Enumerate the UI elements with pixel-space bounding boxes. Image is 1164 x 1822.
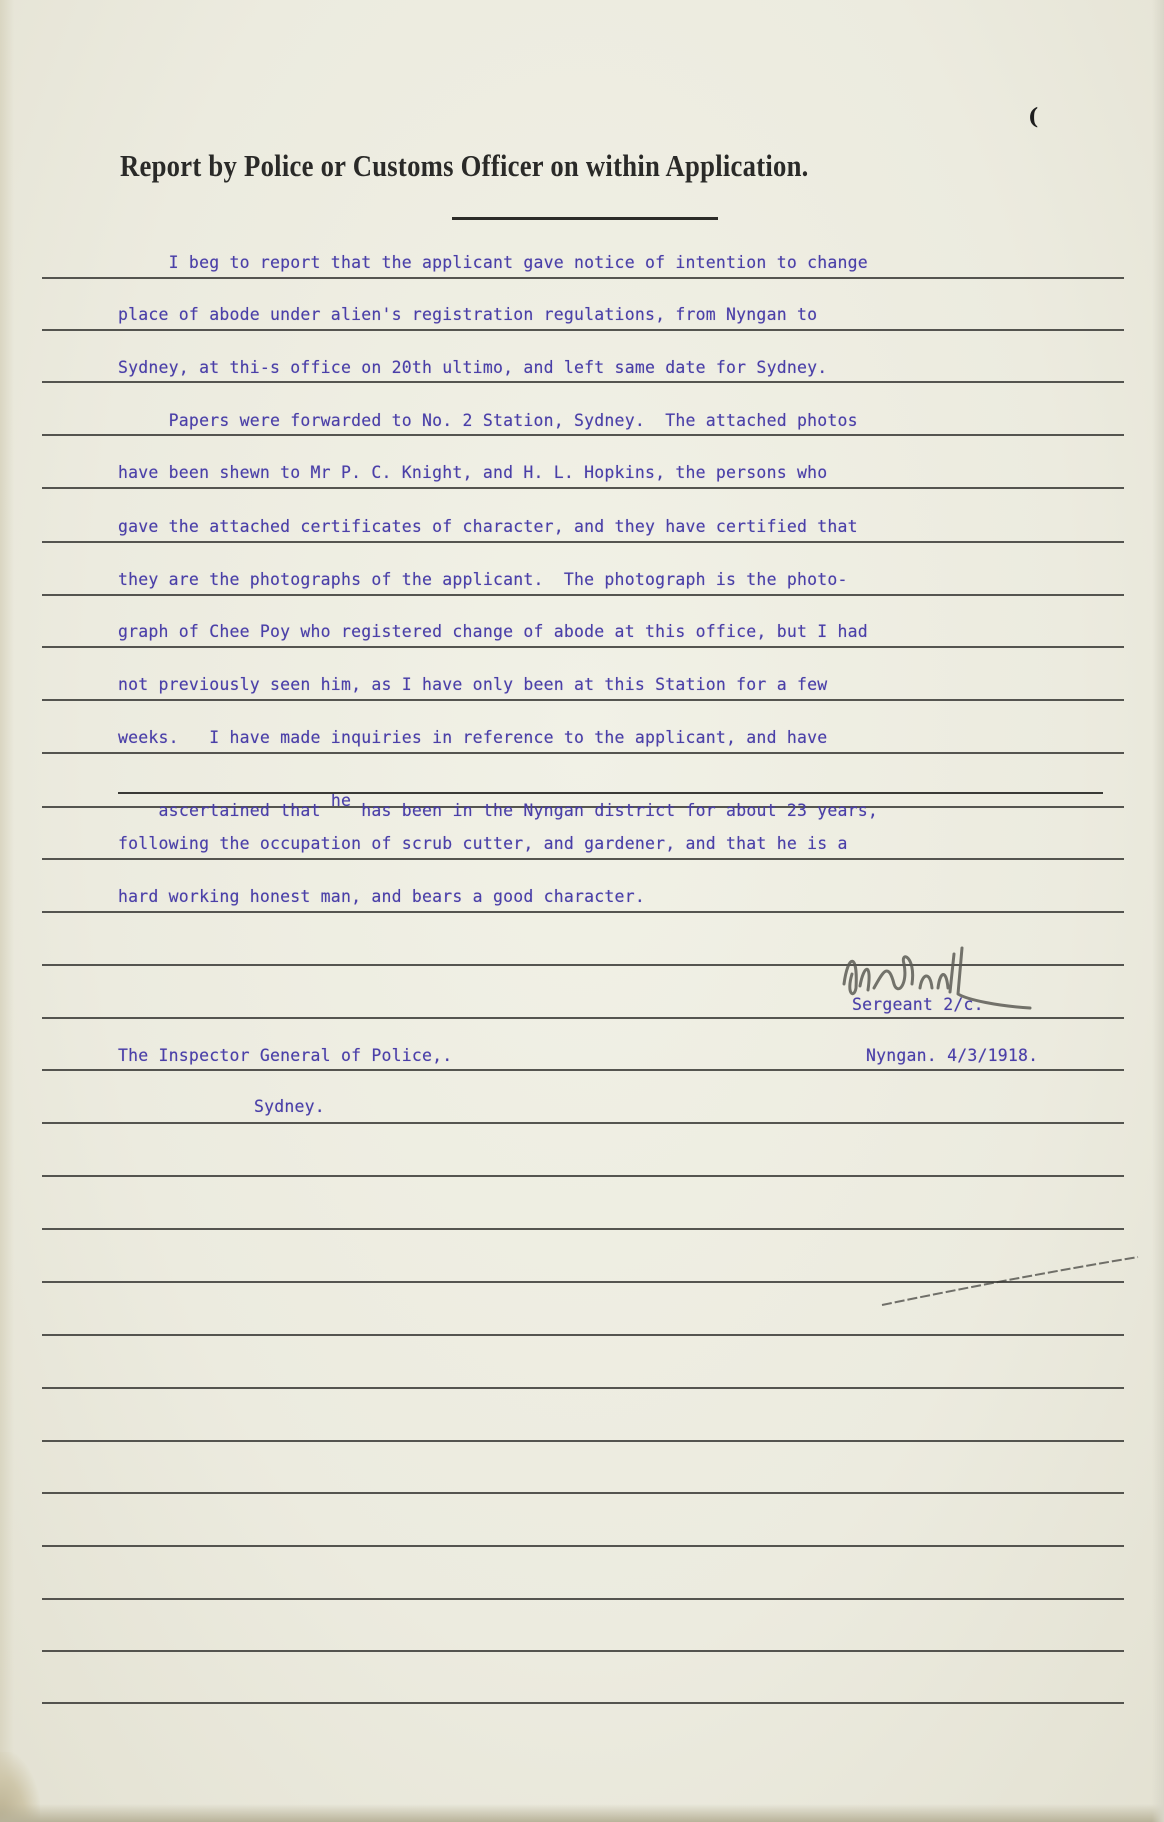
ruled-line	[42, 646, 1124, 648]
body-text: has been in the Nyngan district for abou…	[351, 801, 878, 820]
ruled-line	[42, 1702, 1124, 1704]
ruled-line	[42, 858, 1124, 860]
pen-mark-icon	[880, 1255, 1140, 1315]
document-page: ( Report by Police or Customs Officer on…	[0, 0, 1164, 1822]
ruled-line	[42, 1440, 1124, 1442]
ruled-line	[42, 911, 1124, 913]
ruled-line	[42, 1069, 1124, 1071]
body-line: not previously seen him, as I have only …	[118, 675, 827, 694]
signer-place-date: Nyngan. 4/3/1918.	[866, 1046, 1038, 1065]
addressee-line-2: Sydney.	[254, 1097, 325, 1116]
ruled-line	[42, 594, 1124, 596]
ruled-line	[42, 1017, 1124, 1019]
ruled-line	[42, 1122, 1124, 1124]
body-line: have been shewn to Mr P. C. Knight, and …	[118, 463, 827, 482]
body-line: following the occupation of scrub cutter…	[118, 834, 848, 853]
paper-edge	[0, 1804, 1164, 1822]
ruled-line	[42, 752, 1124, 754]
strikethrough-line	[118, 792, 1103, 794]
body-line: graph of Chee Poy who registered change …	[118, 622, 868, 641]
page-title: Report by Police or Customs Officer on w…	[120, 148, 911, 184]
body-line: place of abode under alien's registratio…	[118, 305, 817, 324]
addressee-line-1: The Inspector General of Police,.	[118, 1046, 452, 1065]
ruled-line	[42, 541, 1124, 543]
ruled-line	[42, 487, 1124, 489]
ruled-line	[42, 699, 1124, 701]
ruled-line	[42, 1175, 1124, 1177]
ruled-line	[42, 329, 1124, 331]
ruled-line	[42, 1650, 1124, 1652]
ruled-line	[42, 434, 1124, 436]
body-line: Sydney, at thi-s office on 20th ultimo, …	[118, 358, 827, 377]
title-underline	[452, 217, 718, 220]
ruled-line	[42, 1334, 1124, 1336]
ruled-line	[42, 1228, 1124, 1230]
body-line: weeks. I have made inquiries in referenc…	[118, 728, 827, 747]
body-line: hard working honest man, and bears a goo…	[118, 887, 645, 906]
ruled-line	[42, 1387, 1124, 1389]
body-line-struck: ascertained that he has been in the Nyng…	[118, 782, 878, 839]
body-line: they are the photographs of the applican…	[118, 570, 848, 589]
ruled-line	[42, 1492, 1124, 1494]
ruled-line	[42, 277, 1124, 279]
ruled-line	[42, 1545, 1124, 1547]
ruled-line	[42, 381, 1124, 383]
body-line: I beg to report that the applicant gave …	[118, 253, 868, 272]
ruled-line	[42, 1598, 1124, 1600]
page-mark: (	[1028, 104, 1038, 130]
signer-rank: Sergeant 2/c.	[852, 995, 984, 1014]
body-text: ascertained that	[159, 801, 331, 820]
body-line: gave the attached certificates of charac…	[118, 517, 858, 536]
body-line: Papers were forwarded to No. 2 Station, …	[118, 411, 858, 430]
